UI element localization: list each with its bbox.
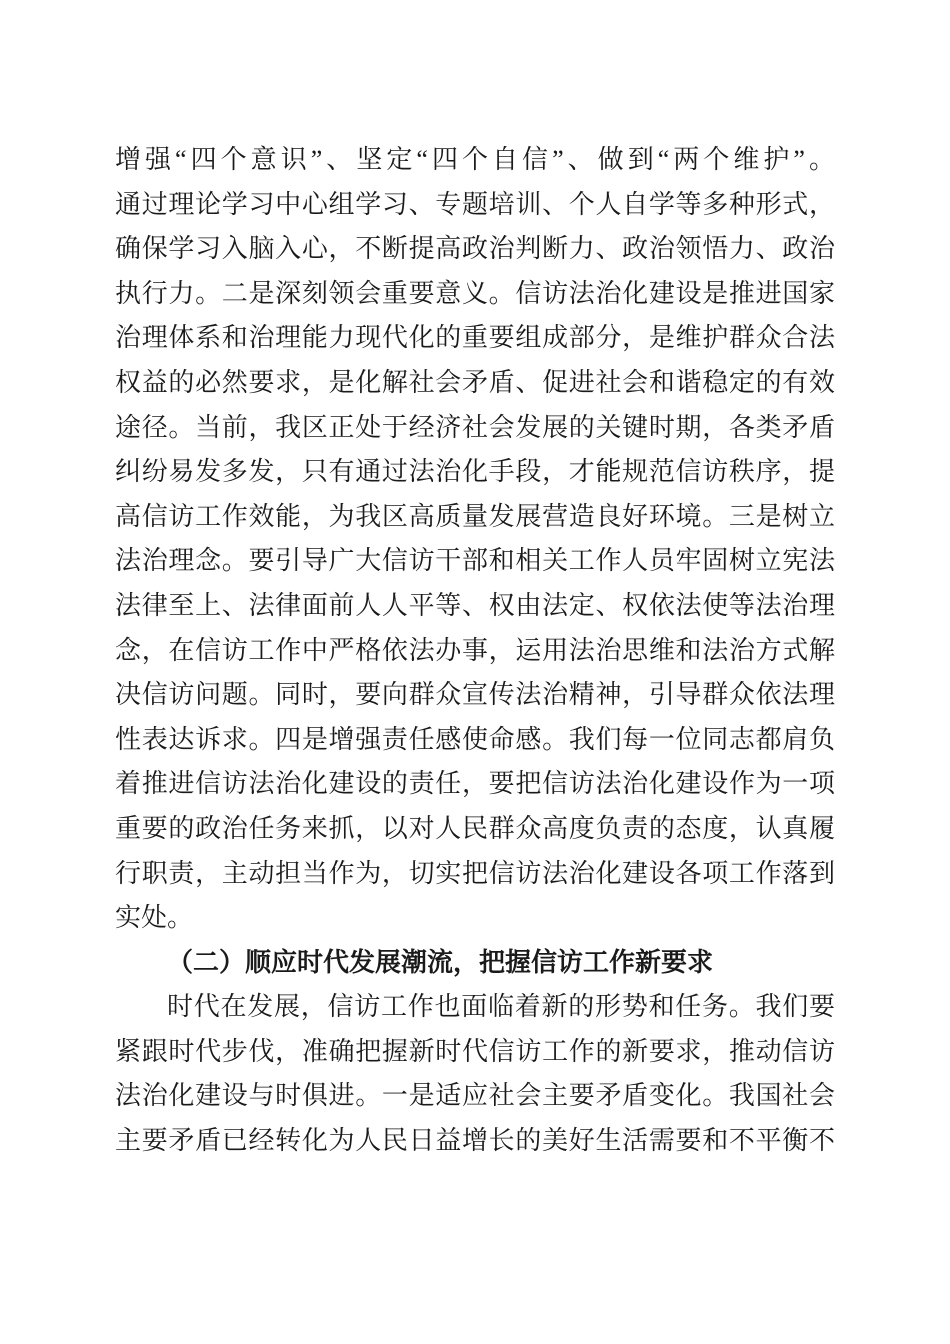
text-line: 紧跟时代步伐，准确把握新时代信访工作的新要求，推动信访 <box>115 1030 835 1075</box>
text-line: 重要的政治任务来抓，以对人民群众高度负责的态度，认真履 <box>115 807 835 852</box>
text-line: 实处。 <box>115 896 835 941</box>
text-line: 治理体系和治理能力现代化的重要组成部分，是维护群众合法 <box>115 316 835 361</box>
text-line: 权益的必然要求，是化解社会矛盾、促进社会和谐稳定的有效 <box>115 361 835 406</box>
text-line: 主要矛盾已经转化为人民日益增长的美好生活需要和不平衡不 <box>115 1119 835 1164</box>
text-line: 性表达诉求。四是增强责任感使命感。我们每一位同志都肩负 <box>115 718 835 763</box>
text-line: 念，在信访工作中严格依法办事，运用法治思维和法治方式解 <box>115 629 835 674</box>
text-line: 高信访工作效能，为我区高质量发展营造良好环境。三是树立 <box>115 495 835 540</box>
text-line: 决信访问题。同时，要向群众宣传法治精神，引导群众依法理 <box>115 673 835 718</box>
section-heading: （二）顺应时代发展潮流，把握信访工作新要求 <box>115 941 835 986</box>
text-line: 纠纷易发多发，只有通过法治化手段，才能规范信访秩序，提 <box>115 450 835 495</box>
document-page: 增强“四个意识”、坚定“四个自信”、做到“两个维护”。通过理论学习中心组学习、专… <box>0 0 950 1344</box>
text-line: 法治化建设与时俱进。一是适应社会主要矛盾变化。我国社会 <box>115 1074 835 1119</box>
document-body: 增强“四个意识”、坚定“四个自信”、做到“两个维护”。通过理论学习中心组学习、专… <box>115 138 835 1164</box>
text-line: 着推进信访法治化建设的责任，要把信访法治化建设作为一项 <box>115 762 835 807</box>
text-line: 途径。当前，我区正处于经济社会发展的关键时期，各类矛盾 <box>115 406 835 451</box>
text-line: 法律至上、法律面前人人平等、权由法定、权依法使等法治理 <box>115 584 835 629</box>
text-line: 确保学习入脑入心，不断提高政治判断力、政治领悟力、政治 <box>115 227 835 272</box>
text-line: 法治理念。要引导广大信访干部和相关工作人员牢固树立宪法 <box>115 539 835 584</box>
text-line: 执行力。二是深刻领会重要意义。信访法治化建设是推进国家 <box>115 272 835 317</box>
text-line: 增强“四个意识”、坚定“四个自信”、做到“两个维护”。 <box>115 138 835 183</box>
text-line: 时代在发展，信访工作也面临着新的形势和任务。我们要 <box>115 985 835 1030</box>
text-line: 行职责，主动担当作为，切实把信访法治化建设各项工作落到 <box>115 852 835 897</box>
text-line: 通过理论学习中心组学习、专题培训、个人自学等多种形式， <box>115 183 835 228</box>
